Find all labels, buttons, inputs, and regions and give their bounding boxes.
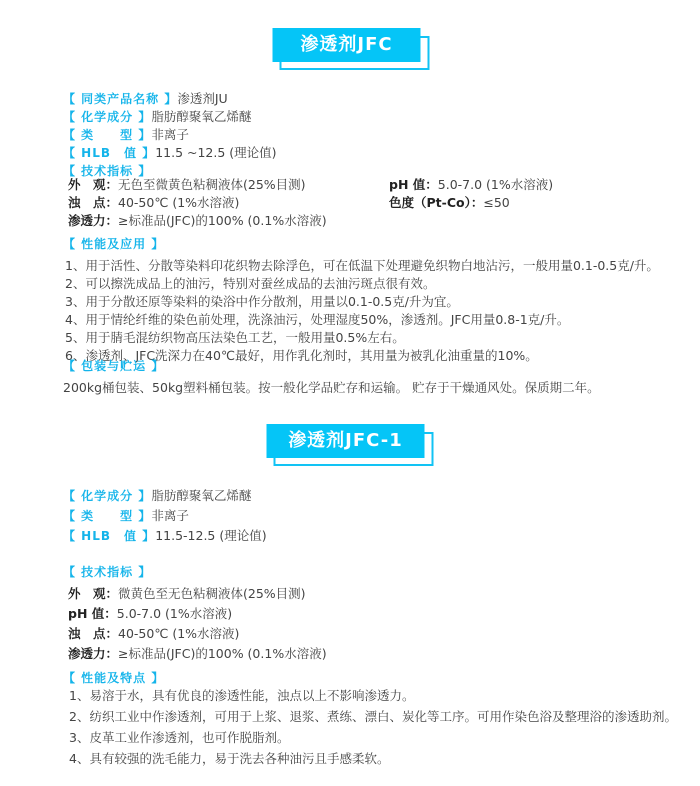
info-row-type: 【 类 型 】非离子 [63,126,680,144]
spec-row: 外 观：微黄色至无色粘稠液体(25%目测) [68,585,680,605]
info-row-hlb: 【 HLB 值 】11.5-12.5 (理论值) [63,527,680,547]
info-row-chemical: 【 化学成分 】脂肪醇聚氧乙烯醚 [63,108,680,126]
info-row-similar-product: 【 同类产品名称 】渗透剂JU [63,90,680,108]
info-tag: 【 HLB 值 】 [63,146,155,160]
product-title: 渗透剂JFC [273,28,421,62]
performance-list: 1、用于活性、分散等染料印花织物去除浮色，可在低温下处理避免织物白地沾污，一般用… [63,257,680,365]
product-title-banner-jfc: 渗透剂JFC [273,28,428,68]
product-title: 渗透剂JFC-1 [267,424,425,458]
spec-row: 浊 点：40-50℃ (1%水溶液) 色度（Pt-Co）：≤50 [68,194,680,212]
spec-value: ≥标准品(JFC)的100% (0.1%水溶液) [118,646,327,661]
section-header-features: 【 性能及特点 】 [63,669,680,687]
features-list: 1、易溶于水，具有优良的渗透性能，浊点以上不影响渗透力。 2、纺织工业中作渗透剂… [63,687,680,771]
product-title-banner-jfc-1: 渗透剂JFC-1 [267,424,434,464]
list-item: 5、用于腈毛混纺织物高压法染色工艺，一般用量0.5%左右。 [63,329,680,347]
list-item: 2、可以擦洗成品上的油污，特别对蚕丝成品的去油污斑点很有效。 [63,275,680,293]
spec-row: 渗透力：≥标准品(JFC)的100% (0.1%水溶液) [68,212,680,230]
spec-label: pH 值： [68,606,117,621]
tech-header-label: 【 技术指标 】 [63,565,151,579]
section-header-tech: 【 技术指标 】 [63,563,680,585]
spec-label: 渗透力： [68,213,118,228]
spec-label: pH 值： [389,177,438,192]
spec-list: 外 观：微黄色至无色粘稠液体(25%目测) pH 值：5.0-7.0 (1%水溶… [63,585,680,665]
product2-tech-specs: 【 技术指标 】 外 观：微黄色至无色粘稠液体(25%目测) pH 值：5.0-… [63,563,680,665]
perf-header-label: 【 性能及应用 】 [63,237,164,251]
info-row-hlb: 【 HLB 值 】11.5 ~12.5 (理论值) [63,144,680,162]
info-tag: 【 化学成分 】 [63,489,151,503]
spec-value: 微黄色至无色粘稠液体(25%目测) [118,586,306,601]
section-header-packaging: 【 包装与贮运 】 [63,357,680,375]
spec-value: 无色至微黄色粘稠液体(25%目测) [118,177,306,192]
pack-header-label: 【 包装与贮运 】 [63,359,164,373]
section-header-performance: 【 性能及应用 】 [63,235,680,253]
spec-ph: pH 值：5.0-7.0 (1%水溶液) [389,176,553,194]
list-item: 2、纺织工业中作渗透剂，可用于上浆、退浆、煮练、漂白、炭化等工序。可用作染色浴及… [67,708,680,729]
product1-basic-info: 【 同类产品名称 】渗透剂JU 【 化学成分 】脂肪醇聚氧乙烯醚 【 类 型 】… [63,90,680,180]
info-tag: 【 类 型 】 [63,128,151,142]
list-item: 1、易溶于水，具有优良的渗透性能，浊点以上不影响渗透力。 [67,687,680,708]
spec-value: 40-50℃ (1%水溶液) [118,195,239,210]
spec-value: 40-50℃ (1%水溶液) [118,626,239,641]
product1-tech-specs: 外 观：无色至微黄色粘稠液体(25%目测) pH 值：5.0-7.0 (1%水溶… [68,176,680,230]
info-value: 11.5 ~12.5 (理论值) [155,145,276,160]
info-row-chemical: 【 化学成分 】脂肪醇聚氧乙烯醚 [63,487,680,507]
list-item: 3、用于分散还原等染料的染浴中作分散剂，用量以0.1-0.5克/升为宜。 [63,293,680,311]
feat-header-label: 【 性能及特点 】 [63,671,164,685]
spec-label: 外 观： [68,177,118,192]
spec-color: 色度（Pt-Co）：≤50 [389,194,510,212]
spec-label: 色度（Pt-Co）： [389,195,483,210]
list-item: 4、具有较强的洗毛能力，易于洗去各种油污且手感柔软。 [67,750,680,771]
list-item: 3、皮革工业作渗透剂，也可作脱脂剂。 [67,729,680,750]
product2-features: 【 性能及特点 】 1、易溶于水，具有优良的渗透性能，浊点以上不影响渗透力。 2… [63,669,680,771]
info-value: 脂肪醇聚氧乙烯醚 [151,109,251,124]
product1-packaging: 【 包装与贮运 】 200kg桶包装、50kg塑料桶包装。按一般化学品贮存和运输… [63,357,680,397]
info-tag: 【 类 型 】 [63,509,151,523]
spec-value: 5.0-7.0 (1%水溶液) [117,606,232,621]
packaging-text: 200kg桶包装、50kg塑料桶包装。按一般化学品贮存和运输。 贮存于干燥通风处… [63,379,680,397]
info-value: 渗透剂JU [177,91,227,106]
spec-label: 渗透力： [68,646,118,661]
info-row-type: 【 类 型 】非离子 [63,507,680,527]
spec-row: 外 观：无色至微黄色粘稠液体(25%目测) pH 值：5.0-7.0 (1%水溶… [68,176,680,194]
spec-label: 外 观： [68,586,118,601]
list-item: 1、用于活性、分散等染料印花织物去除浮色，可在低温下处理避免织物白地沾污，一般用… [63,257,680,275]
info-tag: 【 同类产品名称 】 [63,92,177,106]
spec-label: 浊 点： [68,195,118,210]
spec-row: pH 值：5.0-7.0 (1%水溶液) [68,605,680,625]
info-tag: 【 HLB 值 】 [63,529,155,543]
info-value: 脂肪醇聚氧乙烯醚 [151,488,251,503]
list-item: 4、用于情纶纤维的染色前处理，洗涤油污，处理湿度50%，渗透剂。JFC用量0.8… [63,311,680,329]
spec-row: 渗透力：≥标准品(JFC)的100% (0.1%水溶液) [68,645,680,665]
product2-basic-info: 【 化学成分 】脂肪醇聚氧乙烯醚 【 类 型 】非离子 【 HLB 值 】11.… [63,487,680,547]
info-value: 非离子 [151,127,189,142]
info-tag: 【 化学成分 】 [63,110,151,124]
spec-label: 浊 点： [68,626,118,641]
info-value: 非离子 [151,508,189,523]
spec-value: 5.0-7.0 (1%水溶液) [438,177,553,192]
info-value: 11.5-12.5 (理论值) [155,528,266,543]
product1-performance: 【 性能及应用 】 1、用于活性、分散等染料印花织物去除浮色，可在低温下处理避免… [63,235,680,365]
spec-value: ≥标准品(JFC)的100% (0.1%水溶液) [118,213,327,228]
spec-value: ≤50 [483,195,509,210]
spec-row: 浊 点：40-50℃ (1%水溶液) [68,625,680,645]
